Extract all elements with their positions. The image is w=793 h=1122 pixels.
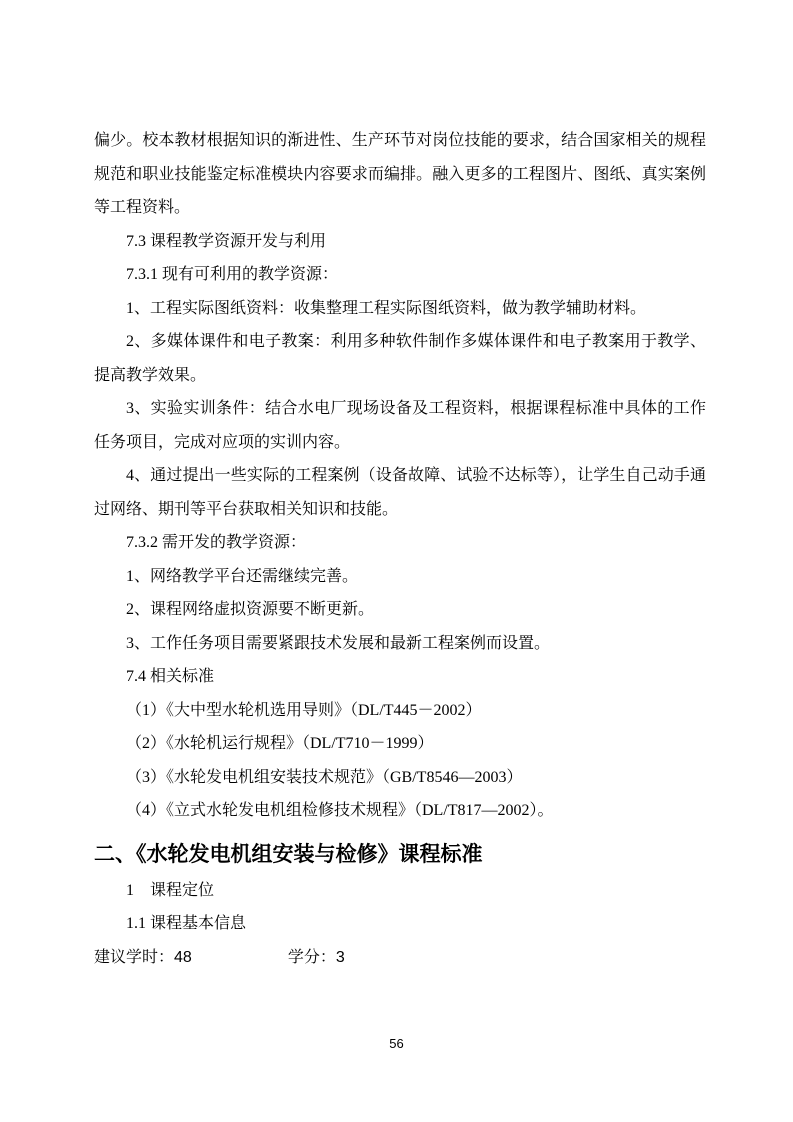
chapter-2-heading: 二、《水轮发电机组安装与检修》课程标准 bbox=[94, 836, 706, 874]
list-item-needed-resource-1: 1、网络教学平台还需继续完善。 bbox=[94, 560, 706, 594]
credits-value: 3 bbox=[336, 949, 345, 966]
list-item-needed-resource-2: 2、课程网络虚拟资源要不断更新。 bbox=[94, 593, 706, 627]
section-7-4-heading: 7.4 相关标准 bbox=[94, 660, 706, 694]
suggested-hours-label: 建议学时： bbox=[94, 949, 174, 966]
suggested-hours-value: 48 bbox=[174, 949, 192, 966]
standard-item-4: （4）《立式水轮发电机组检修技术规程》（DL/T817—2002）。 bbox=[94, 794, 706, 828]
paragraph-textbook-continuation: 偏少。校本教材根据知识的渐进性、生产环节对岗位技能的要求，结合国家相关的规程规范… bbox=[94, 124, 706, 225]
list-item-existing-resource-4: 4、通过提出一些实际的工程案例（设备故障、试验不达标等），让学生自己动手通过网络… bbox=[94, 459, 706, 526]
credits-label: 学分： bbox=[288, 949, 336, 966]
list-item-needed-resource-3: 3、工作任务项目需要紧跟技术发展和最新工程案例而设置。 bbox=[94, 627, 706, 661]
section-7-3-1-heading: 7.3.1 现有可利用的教学资源： bbox=[94, 258, 706, 292]
list-item-existing-resource-1: 1、工程实际图纸资料：收集整理工程实际图纸资料，做为教学辅助材料。 bbox=[94, 292, 706, 326]
section-7-3-heading: 7.3 课程教学资源开发与利用 bbox=[94, 225, 706, 259]
standard-item-3: （3）《水轮发电机组安装技术规范》（GB/T8546—2003） bbox=[94, 761, 706, 795]
standard-item-1: （1）《大中型水轮机选用导则》（DL/T445－2002） bbox=[94, 694, 706, 728]
document-page: 偏少。校本教材根据知识的渐进性、生产环节对岗位技能的要求，结合国家相关的规程规范… bbox=[0, 0, 793, 1122]
page-content: 偏少。校本教材根据知识的渐进性、生产环节对岗位技能的要求，结合国家相关的规程规范… bbox=[94, 124, 706, 974]
standard-item-2: （2）《水轮机运行规程》（DL/T710－1999） bbox=[94, 727, 706, 761]
section-1-course-positioning-heading: 1 课程定位 bbox=[94, 874, 706, 908]
page-number: 56 bbox=[0, 1036, 793, 1052]
list-item-existing-resource-3: 3、实验实训条件：结合水电厂现场设备及工程资料，根据课程标准中具体的工作任务项目… bbox=[94, 392, 706, 459]
section-7-3-2-heading: 7.3.2 需开发的教学资源： bbox=[94, 526, 706, 560]
course-info-line: 建议学时：48学分：3 bbox=[94, 941, 706, 975]
list-item-existing-resource-2: 2、多媒体课件和电子教案：利用多种软件制作多媒体课件和电子教案用于教学、提高教学… bbox=[94, 325, 706, 392]
section-1-1-basic-info-heading: 1.1 课程基本信息 bbox=[94, 907, 706, 941]
